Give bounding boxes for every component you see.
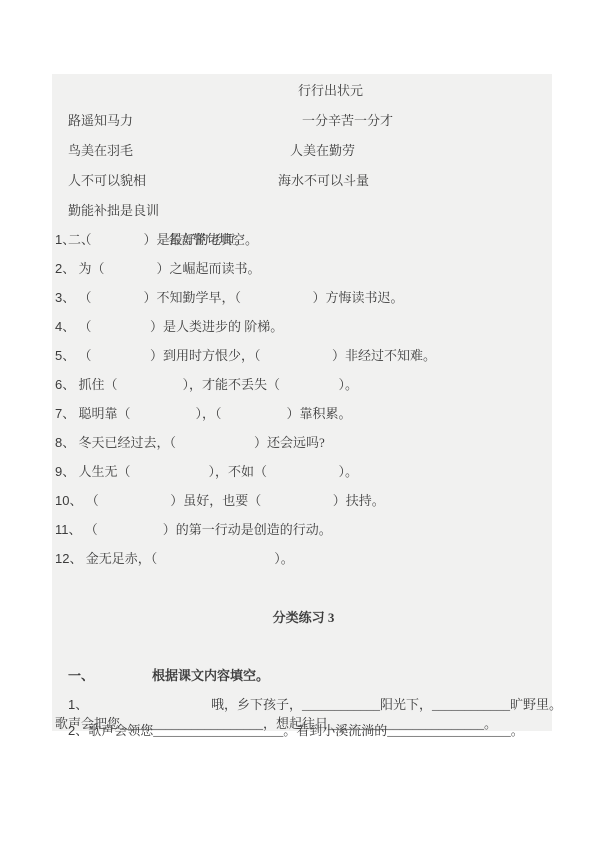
item-text: （ ）不知勤学早，（ ）方悔读书迟。	[78, 290, 403, 305]
item-number: 5、	[55, 348, 75, 363]
item-text: 聪明靠（ ），（ ）靠积累。	[78, 406, 351, 421]
fill-blank-item: 1、 （ ）是最好的老师。	[55, 225, 552, 254]
item-number: 8、	[55, 435, 75, 450]
proverb-matching-row: 人不可以貌相 人美在勤劳	[55, 136, 552, 166]
item-text: （ ）是人类进步的 阶梯。	[78, 319, 283, 334]
proverb-matching-row: 勤能补拙是良训 海水不可以斗量	[55, 166, 552, 196]
fill-blank-item: 2、 为（ ）之崛起而读书。	[55, 254, 552, 283]
fill-blank-item: 6、 抓住（ ），才能不丢失（ ）。	[55, 370, 552, 399]
fill-blank-item: 9、 人生无（ ），不如（ ）。	[55, 457, 552, 486]
item-number: 7、	[55, 406, 75, 421]
exercise-set-title: 分类练习 3	[55, 603, 552, 632]
item-text: （ ）是最好的老师。	[78, 232, 247, 247]
fill-blank-item: 3、 （ ）不知勤学早，（ ）方悔读书迟。	[55, 283, 552, 312]
item-text: 人生无（ ），不如（ ）。	[78, 464, 358, 479]
fill-blank-item: 4、 （ ）是人类进步的 阶梯。	[55, 312, 552, 341]
section-number: 一、	[68, 661, 152, 690]
item-number: 12、	[55, 551, 82, 566]
section-title: 根据课文内容填空。	[152, 668, 269, 683]
item-number: 11、	[55, 522, 82, 537]
fill-blank-item: 8、 冬天已经过去，（ ）还会远吗?	[55, 428, 552, 457]
item-number: 9、	[55, 464, 75, 479]
proverb-right: 海水不可以斗量	[278, 166, 369, 196]
fill-blank-item: 5、 （ ）到用时方恨少，（ ）非经过不知难。	[55, 341, 552, 370]
item-number: 3、	[55, 290, 75, 305]
item-number: 6、	[55, 377, 75, 392]
proverb-matching-row: 鸟美在羽毛 一分辛苦一分才	[55, 106, 552, 136]
item-number: 10、	[55, 493, 82, 508]
worksheet-page: { "page": { "background_color": "#ffffff…	[0, 0, 596, 842]
fill-blank-item: 12、 金无足赤，（ ）。	[55, 544, 552, 573]
fill-blank-item: 7、 聪明靠（ ），（ ）靠积累。	[55, 399, 552, 428]
proverb-right: 人美在勤劳	[290, 136, 355, 166]
item-text: 哦，乡下孩子，____________阳光下，____________旷野里。	[211, 697, 562, 712]
content-sheet: 路遥知马力 行行出状元 鸟美在羽毛 一分辛苦一分才 人不可以貌相 人美在勤劳 勤…	[52, 74, 552, 731]
proverb-left: 勤能补拙是良训	[68, 203, 159, 218]
fill-blank-item: 11、 （ ）的第一行动是创造的行动。	[55, 515, 552, 544]
fill-blank-item-continuation: 歌声会把您______________________，想起往日________…	[55, 717, 552, 731]
proverb-right: 一分辛苦一分才	[302, 106, 393, 136]
item-number: 1、	[68, 690, 211, 719]
section-one-heading: 一、根据课文内容填空。	[55, 632, 552, 661]
item-text: （ ）虽好，也要（ ）扶持。	[86, 493, 385, 508]
item-text: （ ）的第一行动是创造的行动。	[85, 522, 332, 537]
fill-blank-item: 10、 （ ）虽好，也要（ ）扶持。	[55, 486, 552, 515]
proverb-matching-row: 路遥知马力 行行出状元	[55, 76, 552, 106]
item-text: 冬天已经过去，（ ）还会远吗?	[78, 435, 324, 450]
item-number: 4、	[55, 319, 75, 334]
item-text: 金无足赤，（ ）。	[86, 551, 294, 566]
item-text: （ ）到用时方恨少，（ ）非经过不知难。	[78, 348, 436, 363]
item-text: 抓住（ ），才能不丢失（ ）。	[78, 377, 358, 392]
item-text: 为（ ）之崛起而读书。	[78, 261, 260, 276]
proverb-right: 行行出状元	[298, 76, 363, 106]
